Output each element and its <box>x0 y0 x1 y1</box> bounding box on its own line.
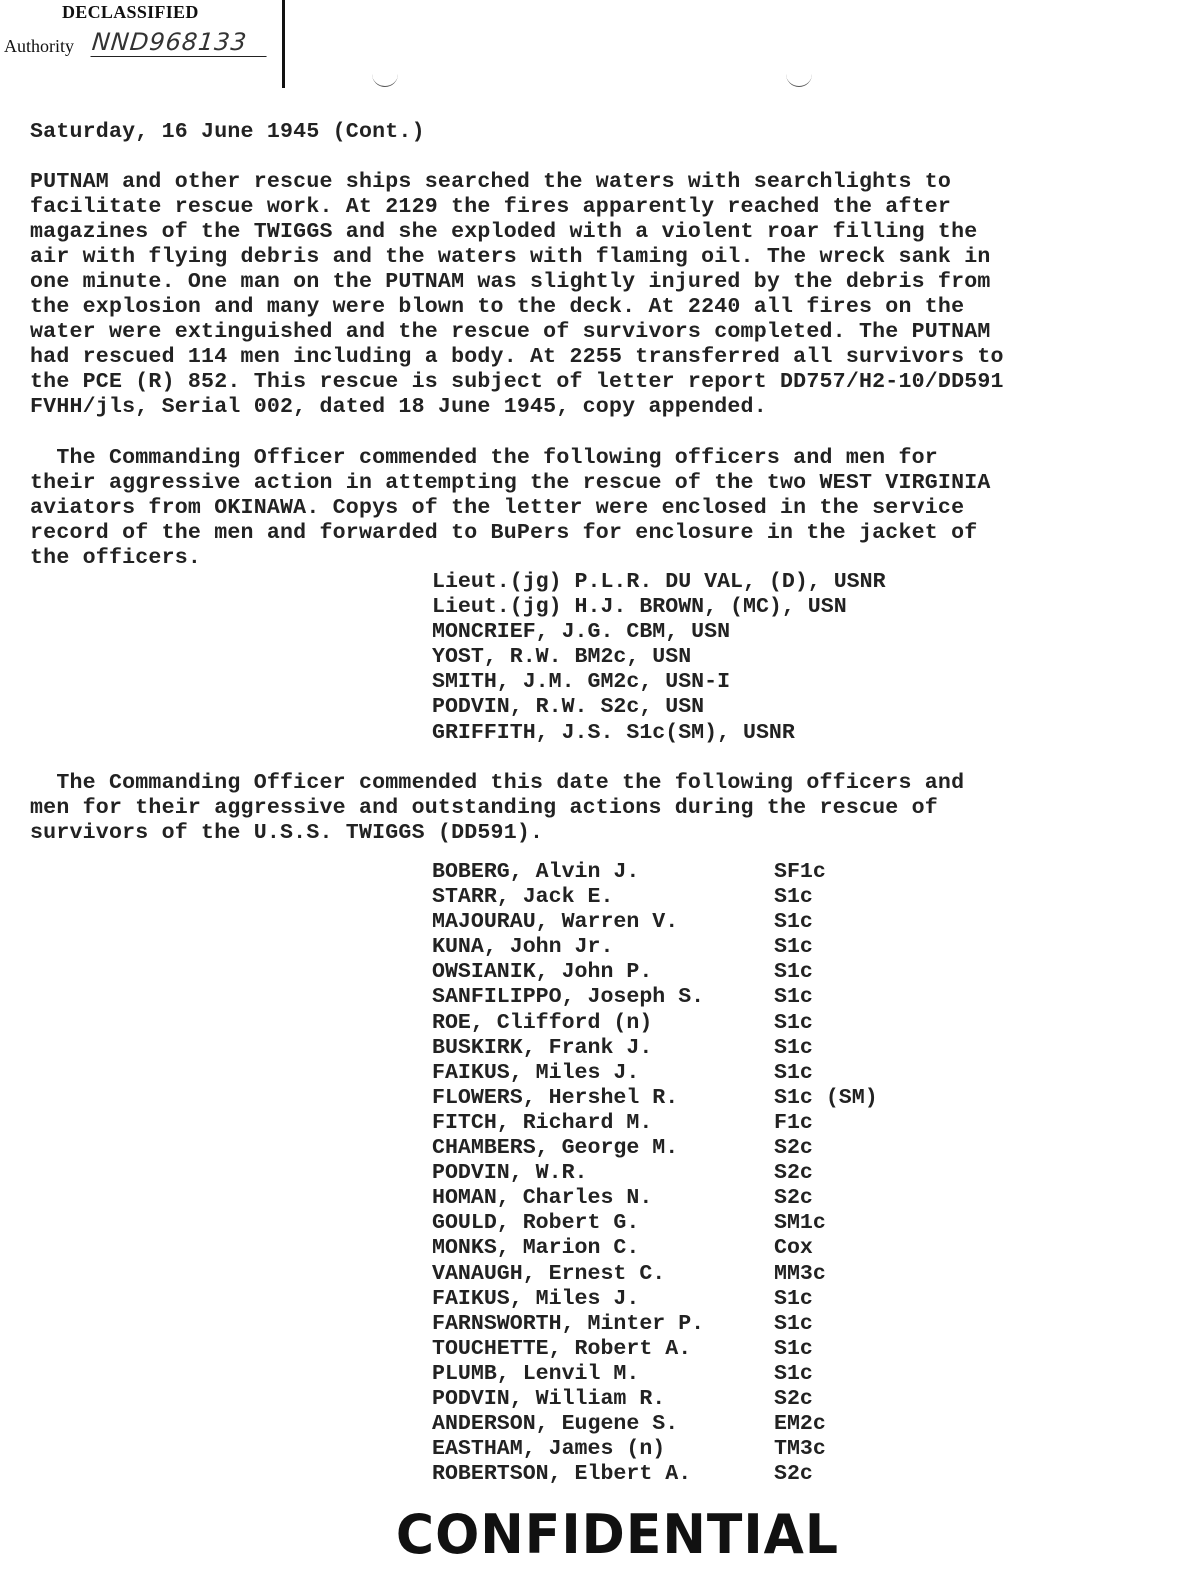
survivor-entry: PLUMB, Lenvil M.S1c <box>432 1362 878 1387</box>
survivor-entry: FITCH, Richard M.F1c <box>432 1111 878 1136</box>
entry-rate: S2c <box>774 1462 813 1487</box>
entry-name: STARR, Jack E. <box>432 885 774 910</box>
text-line: one minute. One man on the PUTNAM was sl… <box>30 270 1004 295</box>
text-line: the explosion and many were blown to the… <box>30 295 1004 320</box>
survivor-entry: HOMAN, Charles N.S2c <box>432 1186 878 1211</box>
confidential-stamp: CONFIDENTIAL <box>0 1504 1195 1567</box>
entry-rate: S2c <box>774 1161 813 1186</box>
entry-name: BOBERG, Alvin J. <box>432 860 774 885</box>
text-line: aviators from OKINAWA. Copys of the lett… <box>30 496 991 521</box>
entry-rate: S1c <box>774 910 813 935</box>
survivor-entry: BUSKIRK, Frank J.S1c <box>432 1036 878 1061</box>
entry-rate: S1c <box>774 1061 813 1086</box>
officer-entry: MONCRIEF, J.G. CBM, USN <box>432 620 886 645</box>
entry-rate: S2c <box>774 1186 813 1211</box>
entry-rate: TM3c <box>774 1437 826 1462</box>
entry-rate: S2c <box>774 1136 813 1161</box>
entry-name: ROE, Clifford (n) <box>432 1011 774 1036</box>
text-line: water were extinguished and the rescue o… <box>30 320 1004 345</box>
entry-name: OWSIANIK, John P. <box>432 960 774 985</box>
survivor-entry: TOUCHETTE, Robert A.S1c <box>432 1337 878 1362</box>
entry-name: TOUCHETTE, Robert A. <box>432 1337 774 1362</box>
text-line: record of the men and forwarded to BuPer… <box>30 521 991 546</box>
survivor-entry: SANFILIPPO, Joseph S.S1c <box>432 985 878 1010</box>
entry-name: EASTHAM, James (n) <box>432 1437 774 1462</box>
officer-entry: YOST, R.W. BM2c, USN <box>432 645 886 670</box>
text-line: the PCE (R) 852. This rescue is subject … <box>30 370 1004 395</box>
entry-name: MONKS, Marion C. <box>432 1236 774 1261</box>
text-line: PUTNAM and other rescue ships searched t… <box>30 170 1004 195</box>
entry-name: GOULD, Robert G. <box>432 1211 774 1236</box>
entry-rate: S1c <box>774 1287 813 1312</box>
entry-rate: S1c <box>774 1337 813 1362</box>
entry-rate: S1c <box>774 935 813 960</box>
entry-rate: S1c <box>774 1036 813 1061</box>
survivor-entry: KUNA, John Jr.S1c <box>432 935 878 960</box>
entry-name: MAJOURAU, Warren V. <box>432 910 774 935</box>
entry-name: FAIKUS, Miles J. <box>432 1287 774 1312</box>
entry-rate: S1c <box>774 960 813 985</box>
entry-rate: S1c <box>774 985 813 1010</box>
entry-rate: Cox <box>774 1236 813 1261</box>
survivor-rescuers-list: BOBERG, Alvin J.SF1cSTARR, Jack E.S1cMAJ… <box>432 860 878 1487</box>
entry-name: CHAMBERS, George M. <box>432 1136 774 1161</box>
survivor-entry: PODVIN, W.R.S2c <box>432 1161 878 1186</box>
entry-rate: S1c <box>774 1362 813 1387</box>
survivor-entry: EASTHAM, James (n)TM3c <box>432 1437 878 1462</box>
entry-rate: SF1c <box>774 860 826 885</box>
entry-name: FARNSWORTH, Minter P. <box>432 1312 774 1337</box>
punch-hole-mark <box>786 72 812 87</box>
text-line: The Commanding Officer commended the fol… <box>30 446 991 471</box>
entry-name: ROBERTSON, Elbert A. <box>432 1462 774 1487</box>
survivor-entry: GOULD, Robert G.SM1c <box>432 1211 878 1236</box>
text-line: FVHH/jls, Serial 002, dated 18 June 1945… <box>30 395 1004 420</box>
entry-name: KUNA, John Jr. <box>432 935 774 960</box>
paragraph-commendation-twiggs: The Commanding Officer commended this da… <box>30 771 964 846</box>
survivor-entry: MAJOURAU, Warren V.S1c <box>432 910 878 935</box>
entry-name: SANFILIPPO, Joseph S. <box>432 985 774 1010</box>
survivor-entry: PODVIN, William R.S2c <box>432 1387 878 1412</box>
entry-rate: S1c <box>774 1011 813 1036</box>
stamp-title: DECLASSIFIED <box>62 2 199 23</box>
survivor-entry: CHAMBERS, George M.S2c <box>432 1136 878 1161</box>
entry-rate: S1c <box>774 1312 813 1337</box>
entry-name: BUSKIRK, Frank J. <box>432 1036 774 1061</box>
entry-rate: F1c <box>774 1111 813 1136</box>
text-line: air with flying debris and the waters wi… <box>30 245 1004 270</box>
officer-entry: GRIFFITH, J.S. S1c(SM), USNR <box>432 721 886 746</box>
entry-rate: S2c <box>774 1387 813 1412</box>
officer-entry: Lieut.(jg) P.L.R. DU VAL, (D), USNR <box>432 570 886 595</box>
entry-name: VANAUGH, Ernest C. <box>432 1262 774 1287</box>
entry-name: PODVIN, W.R. <box>432 1161 774 1186</box>
text-line: facilitate rescue work. At 2129 the fire… <box>30 195 1004 220</box>
entry-name: ANDERSON, Eugene S. <box>432 1412 774 1437</box>
officer-entry: PODVIN, R.W. S2c, USN <box>432 695 886 720</box>
survivor-entry: FARNSWORTH, Minter P.S1c <box>432 1312 878 1337</box>
entry-name: HOMAN, Charles N. <box>432 1186 774 1211</box>
officers-commended-list: Lieut.(jg) P.L.R. DU VAL, (D), USNRLieut… <box>432 570 886 746</box>
text-line: had rescued 114 men including a body. At… <box>30 345 1004 370</box>
entry-rate: SM1c <box>774 1211 826 1236</box>
text-line: the officers. <box>30 546 991 571</box>
stamp-authority-label: Authority <box>4 36 74 57</box>
text-line: magazines of the TWIGGS and she exploded… <box>30 220 1004 245</box>
paragraph-commendation-aviators: The Commanding Officer commended the fol… <box>30 446 991 571</box>
entry-name: PLUMB, Lenvil M. <box>432 1362 774 1387</box>
text-line: their aggressive action in attempting th… <box>30 471 991 496</box>
paragraph-rescue-narrative: PUTNAM and other rescue ships searched t… <box>30 170 1004 420</box>
survivor-entry: FAIKUS, Miles J.S1c <box>432 1287 878 1312</box>
officer-entry: SMITH, J.M. GM2c, USN-I <box>432 670 886 695</box>
survivor-entry: ANDERSON, Eugene S.EM2c <box>432 1412 878 1437</box>
declassified-stamp: DECLASSIFIED Authority NND968133 <box>0 0 285 88</box>
entry-rate: S1c <box>774 885 813 910</box>
entry-rate: EM2c <box>774 1412 826 1437</box>
survivor-entry: STARR, Jack E.S1c <box>432 885 878 910</box>
text-line: survivors of the U.S.S. TWIGGS (DD591). <box>30 821 964 846</box>
entry-name: FLOWERS, Hershel R. <box>432 1086 774 1111</box>
entry-name: PODVIN, William R. <box>432 1387 774 1412</box>
page-heading: Saturday, 16 June 1945 (Cont.) <box>30 120 425 145</box>
text-line: The Commanding Officer commended this da… <box>30 771 964 796</box>
stamp-authority-value: NND968133 <box>90 28 269 57</box>
survivor-entry: FLOWERS, Hershel R.S1c (SM) <box>432 1086 878 1111</box>
entry-rate: S1c (SM) <box>774 1086 878 1111</box>
punch-hole-mark <box>372 72 398 87</box>
entry-rate: MM3c <box>774 1262 826 1287</box>
survivor-entry: FAIKUS, Miles J.S1c <box>432 1061 878 1086</box>
officer-entry: Lieut.(jg) H.J. BROWN, (MC), USN <box>432 595 886 620</box>
survivor-entry: MONKS, Marion C.Cox <box>432 1236 878 1261</box>
survivor-entry: OWSIANIK, John P.S1c <box>432 960 878 985</box>
entry-name: FITCH, Richard M. <box>432 1111 774 1136</box>
entry-name: FAIKUS, Miles J. <box>432 1061 774 1086</box>
survivor-entry: BOBERG, Alvin J.SF1c <box>432 860 878 885</box>
survivor-entry: VANAUGH, Ernest C.MM3c <box>432 1262 878 1287</box>
survivor-entry: ROBERTSON, Elbert A.S2c <box>432 1462 878 1487</box>
text-line: men for their aggressive and outstanding… <box>30 796 964 821</box>
survivor-entry: ROE, Clifford (n)S1c <box>432 1011 878 1036</box>
